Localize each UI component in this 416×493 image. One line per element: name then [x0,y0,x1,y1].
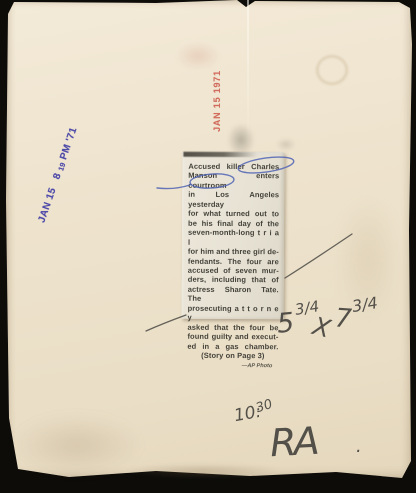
clipping-line: ders, including that of [188,275,279,285]
clipping-line: be his final day of the [188,218,279,228]
size-note-height: 7 [334,303,353,334]
clipping-line: Manson enters courtroom [188,171,279,190]
clipping-line: found guilty and execut- [187,332,278,342]
clipping-line: seven-month-long t r i a l [188,228,279,247]
clipping-line: prosecuting a t t o r n e y [188,304,279,323]
clipping-line: actress Sharon Tate. The [188,285,279,304]
red-date-stamp: JAN 15 1971 [212,70,222,132]
period-mark: . [356,436,362,457]
clipping-line: asked that the four be [187,322,278,332]
clipping-line: fendants. The four are [188,256,279,266]
editor-initials: RA [269,419,318,465]
clipping-line: accused of seven mur- [188,266,279,276]
clipping-line: in Los Angeles yesterday [188,190,279,209]
clipping-story-ref: (Story on Page 3) [187,351,278,361]
clipping-caption-text: Accused killer Charles Manson enters cou… [187,162,279,371]
clipping-torn-edge [183,152,257,157]
news-clipping: Accused killer Charles Manson enters cou… [182,152,285,320]
photo-back-scan: JAN 15 8 19 PM '71 JAN 15 1971 Accused k… [0,0,416,493]
size-note-height-fraction: 3/4 [351,293,379,316]
clipping-line: Accused killer Charles [188,162,279,172]
stamp-hour: 8 [51,172,63,181]
clipping-line: ed in a gas chamber. [187,341,278,351]
clipping-photo-credit: —AP Photo [187,361,278,371]
clipping-line: for what turned out to [188,209,279,219]
clipping-line: for him and three girl de- [188,247,279,257]
size-note-width: 5 [276,307,296,339]
